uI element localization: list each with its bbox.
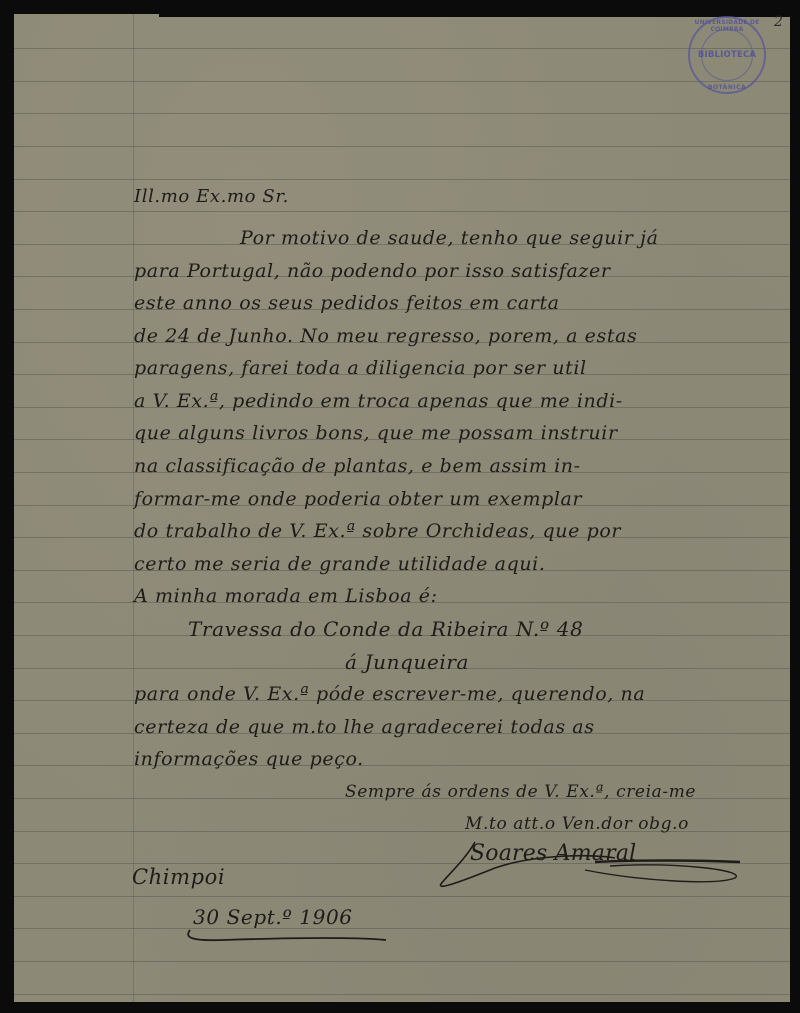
body-line: paragens, farei toda a diligencia por se… <box>134 357 587 379</box>
body-line: a V. Ex.ª, pedindo em troca apenas que m… <box>134 390 623 412</box>
signature-flourish-icon <box>435 840 745 890</box>
closing-line: informações que peço. <box>134 748 364 770</box>
ruled-line <box>14 146 790 147</box>
torn-top-edge <box>159 14 790 17</box>
ruled-line <box>14 994 790 995</box>
body-line: este anno os seus pedidos feitos em cart… <box>134 292 560 314</box>
page-number: 2 <box>774 14 783 30</box>
ruled-line <box>14 179 790 180</box>
date: 30 Sept.º 1906 <box>193 906 353 928</box>
ruled-line <box>14 928 790 929</box>
body-line: do trabalho de V. Ex.ª sobre Orchideas, … <box>134 520 621 542</box>
ruled-line <box>14 81 790 82</box>
ruled-line <box>14 113 790 114</box>
ruled-line <box>14 48 790 49</box>
body-line: para Portugal, não podendo por isso sati… <box>134 260 611 282</box>
address-line: Travessa do Conde da Ribeira N.º 48 <box>188 618 583 640</box>
body-line: formar-me onde poderia obter um exemplar <box>134 488 582 510</box>
stamp-ring-bottom-text: BOTÂNICA <box>690 84 764 91</box>
ruled-line <box>14 896 790 897</box>
salutation: Ill.mo Ex.mo Sr. <box>134 186 289 208</box>
body-line: de 24 de Junho. No meu regresso, porem, … <box>134 325 637 347</box>
ruled-line <box>14 765 790 766</box>
stamp-center-text: BIBLIOTECA <box>698 50 756 60</box>
body-line: A minha morada em Lisboa é: <box>134 585 438 607</box>
library-stamp: UNIVERSIDADE DE COIMBRA BIBLIOTECA BOTÂN… <box>688 16 766 94</box>
ruled-line <box>14 211 790 212</box>
body-line: certo me seria de grande utilidade aqui. <box>134 553 546 575</box>
ruled-line <box>14 961 790 962</box>
place: Chimpoi <box>132 866 225 888</box>
closing-line: para onde V. Ex.ª póde escrever-me, quer… <box>134 683 645 705</box>
stamp-inner-circle: BIBLIOTECA <box>701 29 753 81</box>
date-underline-icon <box>184 928 389 944</box>
body-line: Por motivo de saude, tenho que seguir já <box>240 227 659 249</box>
closing-line: certeza de que m.to lhe agradecerei toda… <box>134 716 595 738</box>
scan-frame: UNIVERSIDADE DE COIMBRA BIBLIOTECA BOTÂN… <box>0 0 800 1013</box>
body-line: que alguns livros bons, que me possam in… <box>134 422 618 444</box>
address-line: á Junqueira <box>345 651 469 673</box>
body-line: na classificação de plantas, e bem assim… <box>134 455 581 477</box>
valediction-line: Sempre ás ordens de V. Ex.ª, creia-me <box>345 781 696 803</box>
valediction-line: M.to att.o Ven.dor obg.o <box>465 813 689 835</box>
